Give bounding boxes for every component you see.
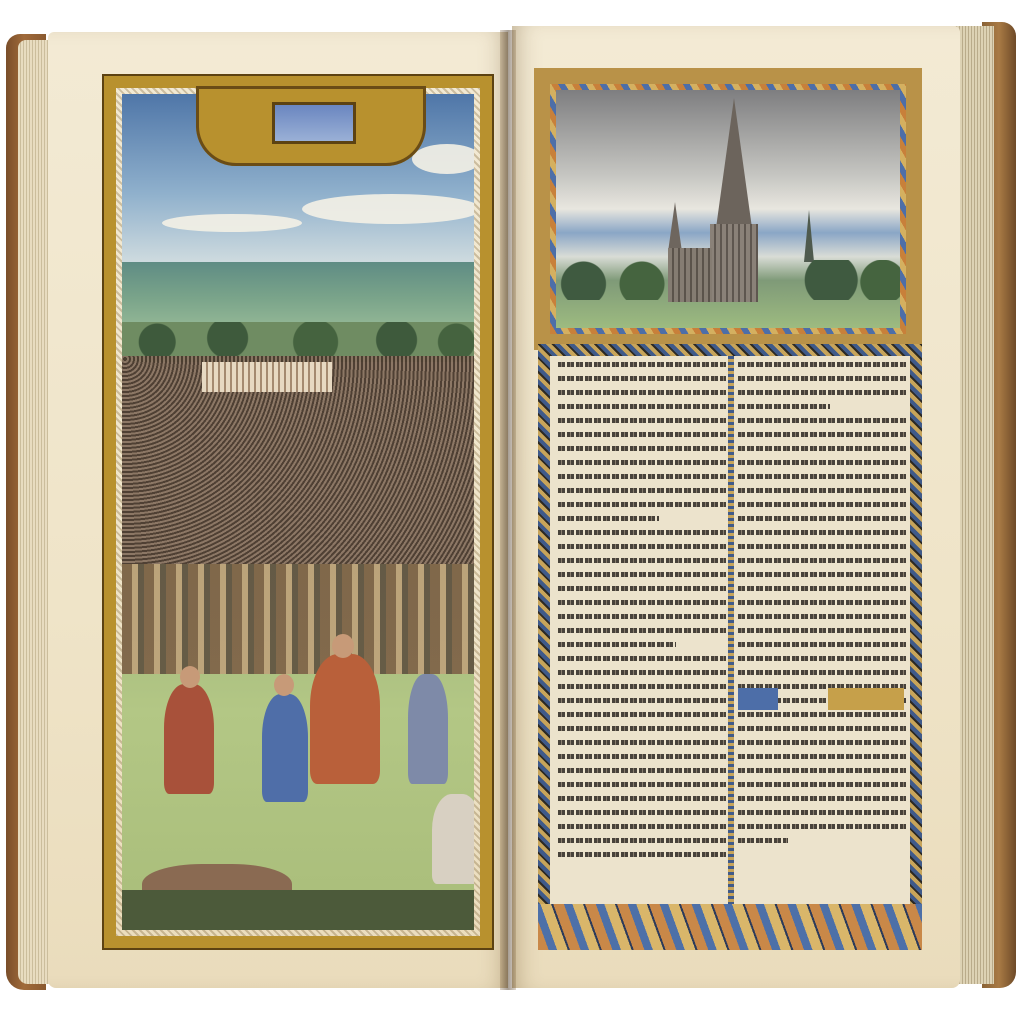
header-plaque	[196, 86, 426, 166]
text-column-right	[738, 362, 906, 896]
crowd-foreground	[122, 564, 474, 674]
plaque-panel	[272, 102, 356, 144]
figure-white-robe	[432, 794, 474, 884]
foreground-shadow	[122, 890, 474, 930]
cathedral-illustration	[556, 90, 900, 328]
pavilion	[202, 362, 332, 392]
figure-grey-robe	[408, 674, 448, 784]
column-divider	[728, 356, 734, 904]
figure-head	[180, 666, 200, 688]
text-column-left	[558, 362, 726, 896]
figure-orange-robe	[310, 654, 380, 784]
figure-red-robe	[164, 684, 214, 794]
side-spire	[668, 202, 682, 252]
cloud	[162, 214, 302, 232]
figure-head	[332, 634, 354, 658]
cloud	[302, 194, 474, 224]
crowd	[122, 356, 474, 596]
left-miniature-frame	[102, 74, 494, 950]
book-gutter	[500, 30, 516, 990]
text-block	[538, 344, 922, 950]
crowd-scene-illustration	[122, 94, 474, 930]
distant-spire	[804, 210, 814, 262]
floral-border-bottom	[538, 904, 922, 950]
trees	[556, 260, 900, 300]
figure-blue-robe	[262, 694, 308, 802]
right-miniature-frame	[534, 68, 922, 350]
figure-head	[274, 674, 294, 696]
open-book: Open illuminated manuscript book	[0, 0, 1024, 1024]
decorative-band-gold	[828, 688, 904, 710]
decorative-initial-blue	[738, 688, 778, 710]
right-page-edges	[954, 26, 994, 984]
cloud	[412, 144, 474, 174]
cathedral-spire	[716, 98, 752, 228]
